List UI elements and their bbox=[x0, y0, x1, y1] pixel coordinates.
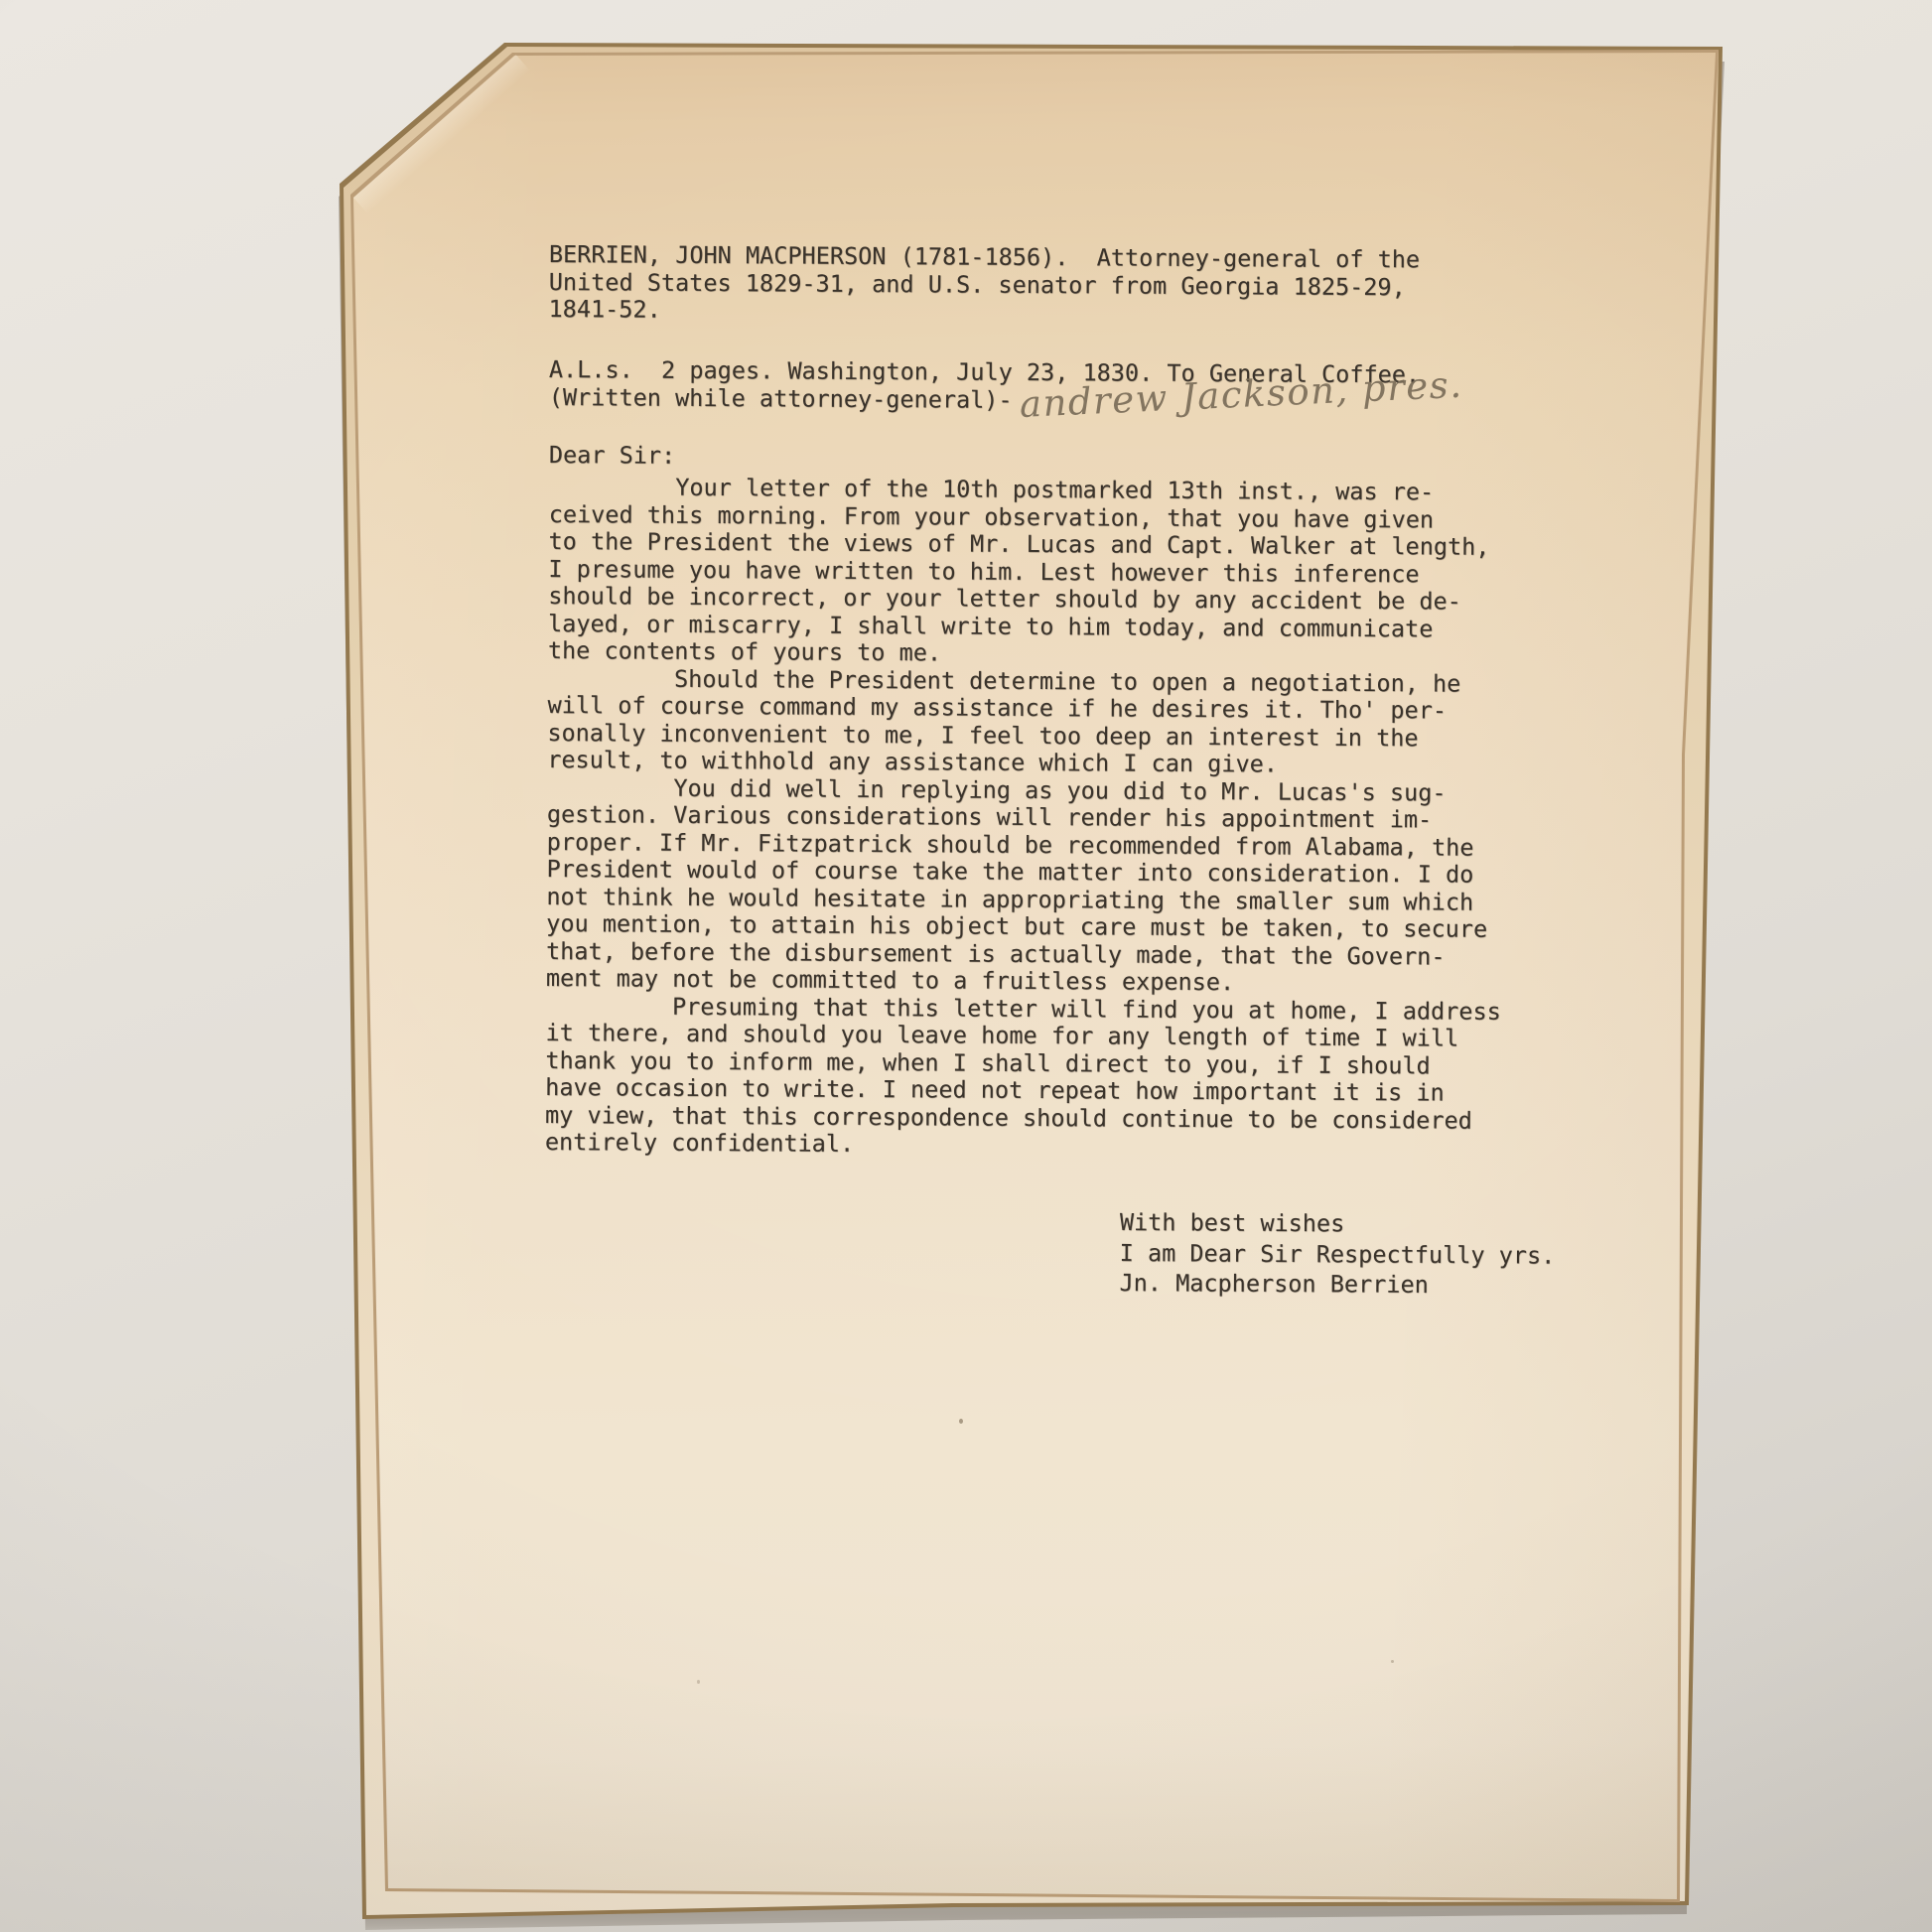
letter-body: Your letter of the 10th postmarked 13th … bbox=[545, 474, 1504, 1162]
paper-speck bbox=[697, 1680, 700, 1684]
letter-closing: With best wishes I am Dear Sir Respectfu… bbox=[1119, 1207, 1555, 1301]
photo-backdrop: BERRIEN, JOHN MACPHERSON (1781-1856). At… bbox=[0, 0, 1932, 1932]
paper-speck bbox=[959, 1419, 963, 1424]
paper-speck bbox=[1391, 1660, 1394, 1663]
letter-header: BERRIEN, JOHN MACPHERSON (1781-1856). At… bbox=[548, 241, 1420, 329]
salutation: Dear Sir: bbox=[549, 442, 676, 470]
